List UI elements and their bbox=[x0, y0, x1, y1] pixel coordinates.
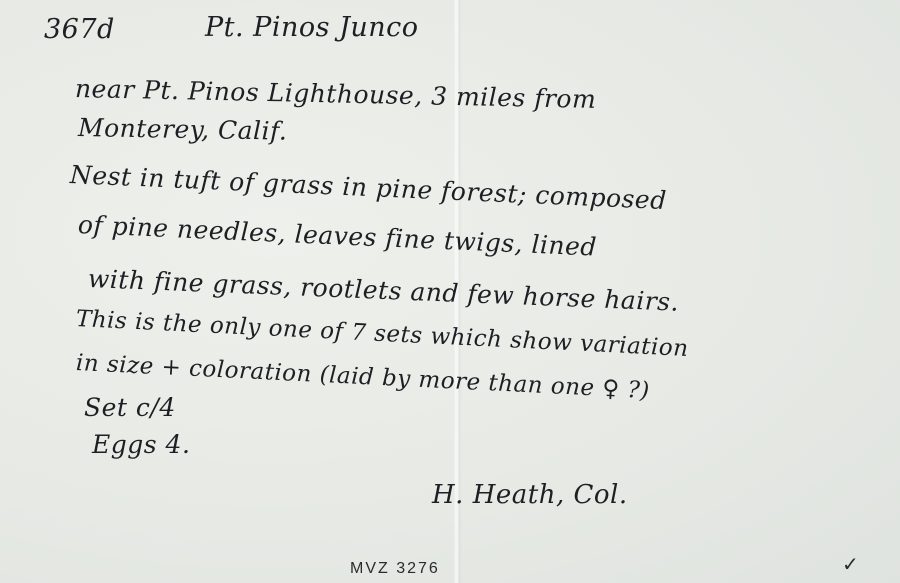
museum-catalog-stamp: MVZ 3276 bbox=[350, 560, 440, 578]
note-egg-count: Eggs 4. bbox=[92, 430, 190, 459]
note-title: Pt. Pinos Junco bbox=[205, 12, 419, 43]
catalog-number: 367d bbox=[44, 14, 115, 45]
check-mark-icon: ✓ bbox=[842, 552, 859, 576]
collector-signature: H. Heath, Col. bbox=[432, 480, 628, 510]
note-line-2: Monterey, Calif. bbox=[78, 113, 288, 146]
note-set-size: Set c/4 bbox=[84, 393, 176, 422]
